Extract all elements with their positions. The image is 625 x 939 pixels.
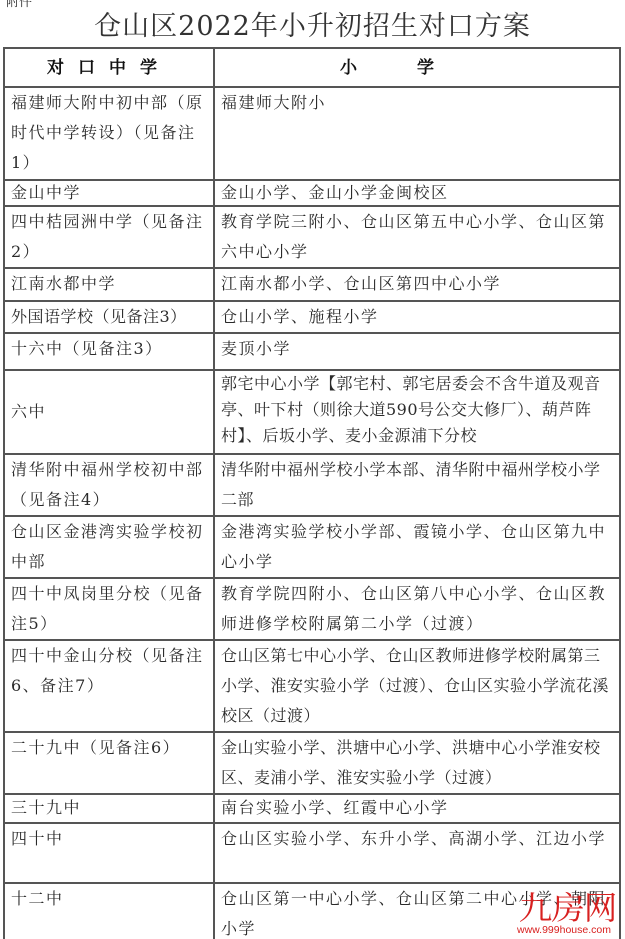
middle-school-cell: 金山中学 [4,180,214,206]
table-row: 六中 郭宅中心小学【郭宅村、郭宅居委会不含牛道及观音亭、叶下村（则徐大道590号… [4,370,620,454]
table-row: 仓山区金港湾实验学校初中部 金港湾实验学校小学部、霞镜小学、仓山区第九中心小学 [4,516,620,578]
table-row: 清华附中福州学校初中部（见备注4） 清华附中福州学校小学本部、清华附中福州学校小… [4,454,620,516]
middle-school-cell: 四十中 [4,823,214,883]
primary-schools-cell: 金山实验小学、洪塘中心小学、洪塘中心小学淮安校区、麦浦小学、淮安实验小学（过渡） [214,732,620,794]
table-row: 四十中金山分校（见备注6、备注7） 仓山区第七中心小学、仓山区教师进修学校附属第… [4,640,620,732]
table-row: 十二中 仓山区第一中心小学、仓山区第二中心小学、朝阳小学 [4,883,620,939]
middle-school-cell: 外国语学校（见备注3） [4,301,214,333]
middle-school-cell: 六中 [4,370,214,454]
table-row: 四十中凤岗里分校（见备注5） 教育学院四附小、仓山区第八中心小学、仓山区教师进修… [4,578,620,640]
middle-school-cell: 二十九中（见备注6） [4,732,214,794]
middle-school-cell: 福建师大附中初中部（原时代中学转设）（见备注1） [4,87,214,180]
table-row: 二十九中（见备注6） 金山实验小学、洪塘中心小学、洪塘中心小学淮安校区、麦浦小学… [4,732,620,794]
table-row: 四十中 仓山区实验小学、东升小学、高湖小学、江边小学 [4,823,620,883]
primary-schools-cell: 福建师大附小 [214,87,620,180]
middle-school-cell: 十六中（见备注3） [4,333,214,370]
table-row: 江南水都中学 江南水都小学、仓山区第四中心小学 [4,268,620,301]
primary-schools-cell: 教育学院四附小、仓山区第八中心小学、仓山区教师进修学校附属第二小学（过渡） [214,578,620,640]
primary-schools-cell: 金港湾实验学校小学部、霞镜小学、仓山区第九中心小学 [214,516,620,578]
table-row: 四中桔园洲中学（见备注2） 教育学院三附小、仓山区第五中心小学、仓山区第六中心小… [4,206,620,268]
table-row: 福建师大附中初中部（原时代中学转设）（见备注1） 福建师大附小 [4,87,620,180]
primary-schools-cell: 清华附中福州学校小学本部、清华附中福州学校小学二部 [214,454,620,516]
table-row: 外国语学校（见备注3） 仓山小学、施程小学 [4,301,620,333]
table-row: 十六中（见备注3） 麦顶小学 [4,333,620,370]
primary-schools-cell: 教育学院三附小、仓山区第五中心小学、仓山区第六中心小学 [214,206,620,268]
middle-school-cell: 仓山区金港湾实验学校初中部 [4,516,214,578]
middle-school-cell: 清华附中福州学校初中部（见备注4） [4,454,214,516]
primary-schools-cell: 仓山区第七中心小学、仓山区教师进修学校附属第三小学、淮安实验小学（过渡）、仓山区… [214,640,620,732]
middle-school-cell: 四中桔园洲中学（见备注2） [4,206,214,268]
middle-school-cell: 四十中金山分校（见备注6、备注7） [4,640,214,732]
primary-schools-cell: 仓山区第一中心小学、仓山区第二中心小学、朝阳小学 [214,883,620,939]
page-title: 仓山区2022年小升初招生对口方案 [0,4,625,43]
primary-schools-cell: 金山小学、金山小学金闽校区 [214,180,620,206]
primary-schools-cell: 仓山区实验小学、东升小学、高湖小学、江边小学 [214,823,620,883]
middle-school-cell: 三十九中 [4,794,214,823]
middle-school-cell: 十二中 [4,883,214,939]
table-row: 金山中学 金山小学、金山小学金闽校区 [4,180,620,206]
middle-school-cell: 江南水都中学 [4,268,214,301]
primary-schools-cell: 江南水都小学、仓山区第四中心小学 [214,268,620,301]
enrollment-table: 对口中学 小学 福建师大附中初中部（原时代中学转设）（见备注1） 福建师大附小 … [3,47,621,939]
table-row: 三十九中 南台实验小学、红霞中心小学 [4,794,620,823]
header-middle-school: 对口中学 [4,48,214,87]
primary-schools-cell: 南台实验小学、红霞中心小学 [214,794,620,823]
header-primary-school: 小学 [214,48,620,87]
primary-schools-cell: 麦顶小学 [214,333,620,370]
primary-schools-cell: 仓山小学、施程小学 [214,301,620,333]
middle-school-cell: 四十中凤岗里分校（见备注5） [4,578,214,640]
primary-schools-cell: 郭宅中心小学【郭宅村、郭宅居委会不含牛道及观音亭、叶下村（则徐大道590号公交大… [214,370,620,454]
table-header-row: 对口中学 小学 [4,48,620,87]
